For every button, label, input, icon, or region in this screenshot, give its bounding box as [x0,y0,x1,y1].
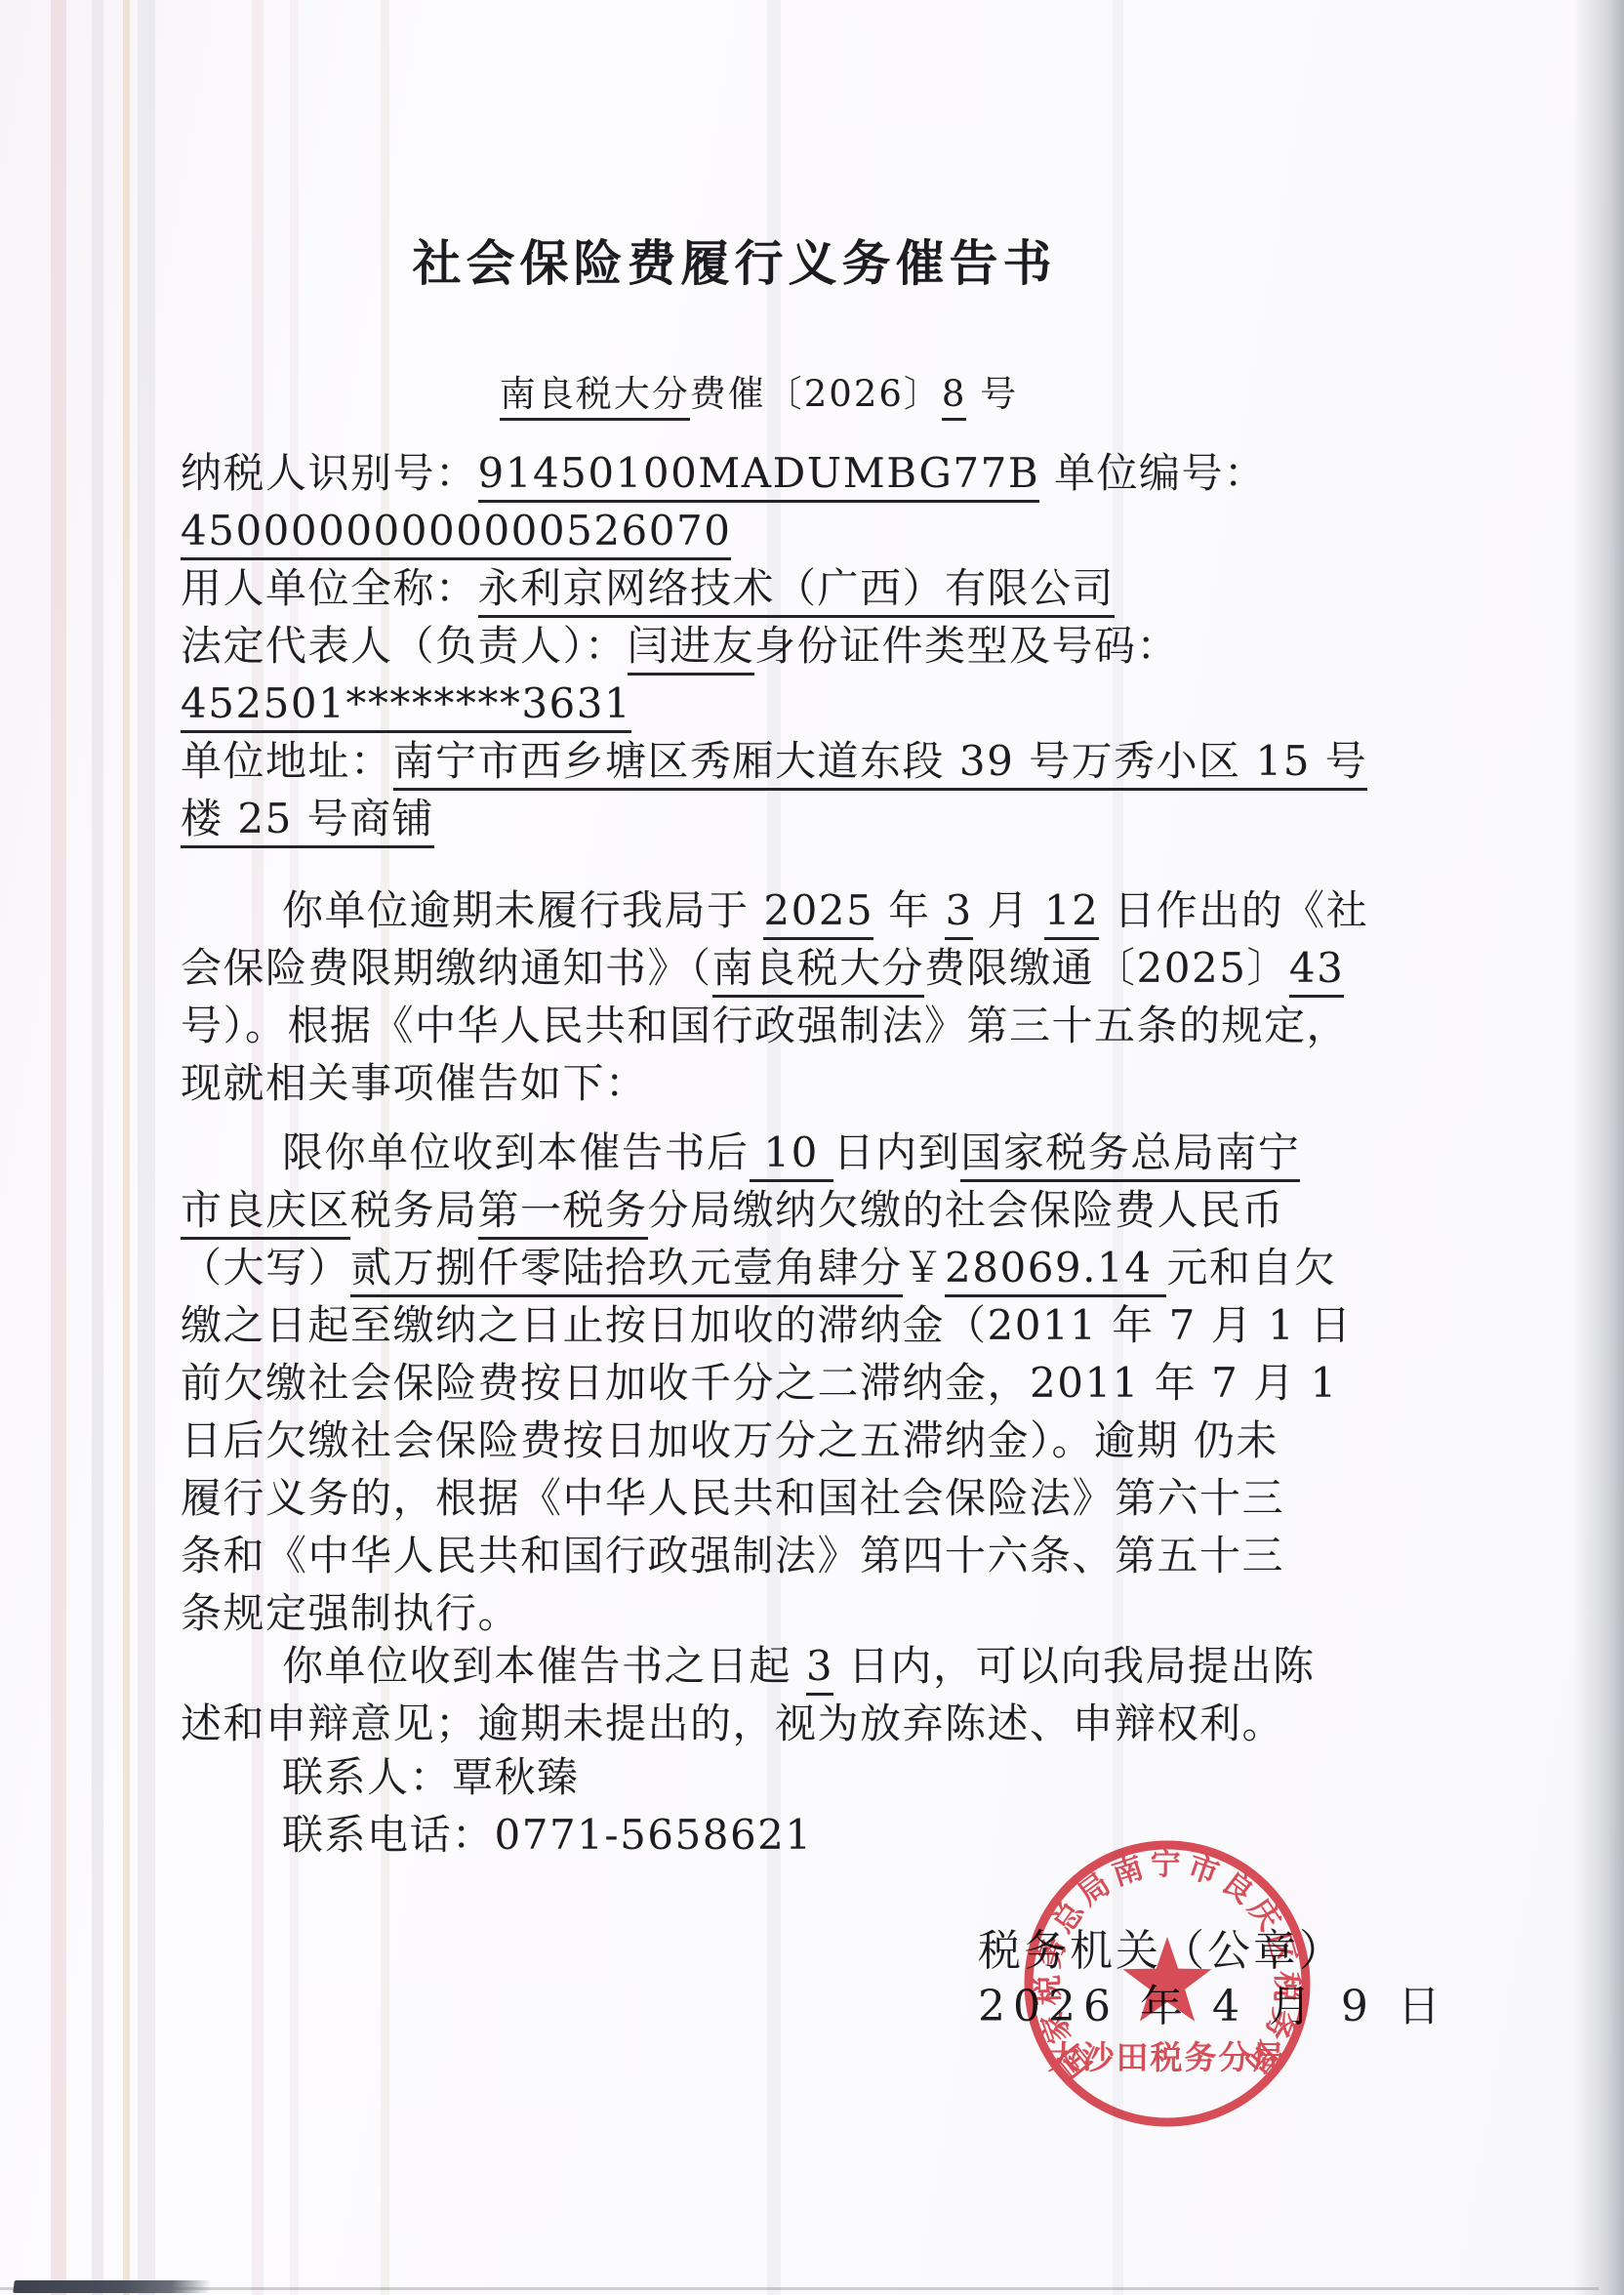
filled-value: 楼 25 号商铺 [181,795,434,848]
filled-value: 南良税大分 [500,373,690,421]
text-segment: 会保险费限期缴纳通知书》（ [181,944,712,992]
text-line: 联系人：覃秋臻 [181,1748,1449,1806]
text-segment: 你单位收到本催告书之日起 [282,1642,806,1690]
text-segment: 缴之日起至缴纳之日止按日加收的滞纳金（2011 年 7 月 1 日 [181,1301,1353,1349]
text-segment: 你单位逾期未履行我局于 [282,886,763,934]
page-edge-shadow [1573,0,1624,2295]
scan-streak-artifact [138,0,155,2295]
filled-value: 3 [806,1642,833,1696]
filled-value: 10 [750,1128,833,1182]
scan-dark-mark [13,2280,212,2293]
filled-value: 3 [945,886,972,940]
text-segment: 联系人：覃秋臻 [282,1753,580,1801]
text-segment: 元和自欠 [1166,1244,1336,1291]
text-line: 你单位逾期未履行我局于 2025 年 3 月 12 日作出的《社 [181,881,1449,939]
filled-value: 452501********3631 [181,679,631,733]
seal-star-icon [1122,1937,1211,2022]
text-line: 市良庆区税务局第一税务分局缴纳欠缴的社会保险费人民币 [181,1181,1449,1239]
text-segment: 分局缴纳欠缴的社会保险费人民币 [648,1186,1285,1234]
scan-streak-artifact [92,0,103,2295]
filled-value: 91450100MADUMBG77B [478,449,1040,503]
filled-value: 贰万捌仟零陆拾玖元壹角肆分 [350,1244,903,1297]
scan-streak-artifact [51,0,66,2295]
text-segment: 限你单位收到本催告书后 [282,1128,750,1176]
filled-value: 45000000000000526070 [181,507,731,560]
text-segment: 身份证件类型及号码： [754,622,1179,670]
paragraph-rights: 你单位收到本催告书之日起 3 日内，可以向我局提出陈述和申辩意见；逾期未提出的，… [181,1637,1449,1752]
text-segment: 联系电话：0771-5658621 [282,1811,813,1859]
text-segment: 纳税人识别号： [181,449,478,497]
filled-value: 市良庆区 [181,1186,350,1240]
text-segment: 履行义务的，根据《中华人民共和国社会保险法》第六十三 [181,1474,1284,1522]
text-segment: （大写） [181,1244,350,1291]
text-segment: 月 [973,886,1044,934]
filled-value: 28069.14 [945,1244,1166,1297]
text-segment: 条规定强制执行。 [181,1589,520,1637]
text-segment: 用人单位全称： [181,564,478,612]
text-line: 纳税人识别号：91450100MADUMBG77B 单位编号： [181,444,1449,502]
text-segment: 年 [873,886,945,934]
text-line: （大写）贰万捌仟零陆拾玖元壹角肆分￥28069.14 元和自欠 [181,1239,1449,1296]
text-segment: 法定代表人（负责人）： [181,622,628,670]
text-segment: 条和《中华人民共和国行政强制法》第四十六条、第五十三 [181,1532,1284,1579]
text-segment: 前欠缴社会保险费按日加收千分之二滞纳金，2011 年 7 月 1 [181,1359,1338,1407]
filled-value: 永利京网络技术（广西）有限公司 [478,564,1116,618]
filled-value: 2025 [763,886,873,940]
text-line: 条规定强制执行。 [181,1584,1449,1642]
text-segment: 日后欠缴社会保险费按日加收万分之五滞纳金）。逾期 仍未 [181,1416,1279,1464]
taxpayer-info-block: 纳税人识别号：91450100MADUMBG77B 单位编号：450000000… [181,444,1449,847]
paragraph-demand: 限你单位收到本催告书后 10 日内到国家税务总局南宁市良庆区税务局第一税务分局缴… [181,1124,1449,1642]
text-segment: 费限缴通〔2025〕 [924,944,1289,992]
text-line: 限你单位收到本催告书后 10 日内到国家税务总局南宁 [181,1124,1449,1181]
text-line: 履行义务的，根据《中华人民共和国社会保险法》第六十三 [181,1469,1449,1527]
paragraph-notice: 你单位逾期未履行我局于 2025 年 3 月 12 日作出的《社会保险费限期缴纳… [181,881,1449,1112]
text-line: 述和申辩意见；逾期未提出的，视为放弃陈述、申辩权利。 [181,1695,1449,1752]
text-line: 会保险费限期缴纳通知书》（南良税大分费限缴通〔2025〕43 [181,939,1449,997]
filled-value: 8 [942,373,967,421]
filled-value: 第一税务 [478,1186,648,1240]
text-segment: 单位编号： [1039,449,1266,497]
text-line: 45000000000000526070 [181,502,1449,559]
document-title: 社会保险费履行义务催告书 [181,225,1288,295]
document-page: 社会保险费履行义务催告书 南良税大分费催〔2026〕8 号 纳税人识别号：914… [0,0,1624,2295]
text-line: 用人单位全称：永利京网络技术（广西）有限公司 [181,559,1449,617]
text-segment: 号）。根据《中华人民共和国行政强制法》第三十五条的规定， [181,1002,1349,1049]
text-line: 条和《中华人民共和国行政强制法》第四十六条、第五十三 [181,1527,1449,1584]
text-segment: 日内，可以向我局提出陈 [833,1642,1315,1690]
filled-value: 43 [1289,944,1344,998]
filled-value: 国家税务总局南宁 [960,1128,1300,1182]
text-segment: 费催〔2026〕 [690,373,942,415]
text-line: 号）。根据《中华人民共和国行政强制法》第三十五条的规定， [181,997,1449,1054]
seal-branch-text: 大沙田税务分局 [1048,2038,1287,2076]
text-segment: 述和申辩意见；逾期未提出的，视为放弃陈述、申辩权利。 [181,1700,1284,1747]
text-line: 法定代表人（负责人）：闫进友身份证件类型及号码： [181,617,1449,675]
text-segment: 日作出的《社 [1099,886,1368,934]
filled-value: 闫进友 [628,622,755,676]
text-segment: 日内到 [833,1128,961,1176]
filled-value: 南宁市西乡塘区秀厢大道东段 39 号万秀小区 15 号 [393,737,1368,791]
text-line: 你单位收到本催告书之日起 3 日内，可以向我局提出陈 [181,1637,1449,1695]
text-line: 楼 25 号商铺 [181,790,1449,847]
text-segment: ￥ [903,1244,946,1291]
text-line: 现就相关事项催告如下： [181,1054,1449,1112]
text-segment: 税务局 [350,1186,478,1234]
scan-streak-artifact [123,0,130,2295]
page-edge-line [0,2287,1599,2290]
text-line: 日后欠缴社会保险费按日加收万分之五滞纳金）。逾期 仍未 [181,1412,1449,1469]
text-segment: 现就相关事项催告如下： [181,1059,648,1107]
text-line: 缴之日起至缴纳之日止按日加收的滞纳金（2011 年 7 月 1 日 [181,1296,1449,1354]
text-line: 452501********3631 [181,675,1449,732]
filled-value: 12 [1044,886,1099,940]
text-line: 前欠缴社会保险费按日加收千分之二滞纳金，2011 年 7 月 1 [181,1354,1449,1412]
official-seal: 国家税务总局南宁市良庆区税务局 大沙田税务分局 [1015,1831,1327,2144]
text-line: 单位地址：南宁市西乡塘区秀厢大道东段 39 号万秀小区 15 号 [181,732,1449,790]
text-segment: 单位地址： [181,737,393,785]
text-segment: 号 [966,373,1018,415]
filled-value: 南良税大分 [712,944,925,998]
text-line: 南良税大分费催〔2026〕8 号 [181,365,1337,423]
document-number: 南良税大分费催〔2026〕8 号 [181,365,1337,423]
